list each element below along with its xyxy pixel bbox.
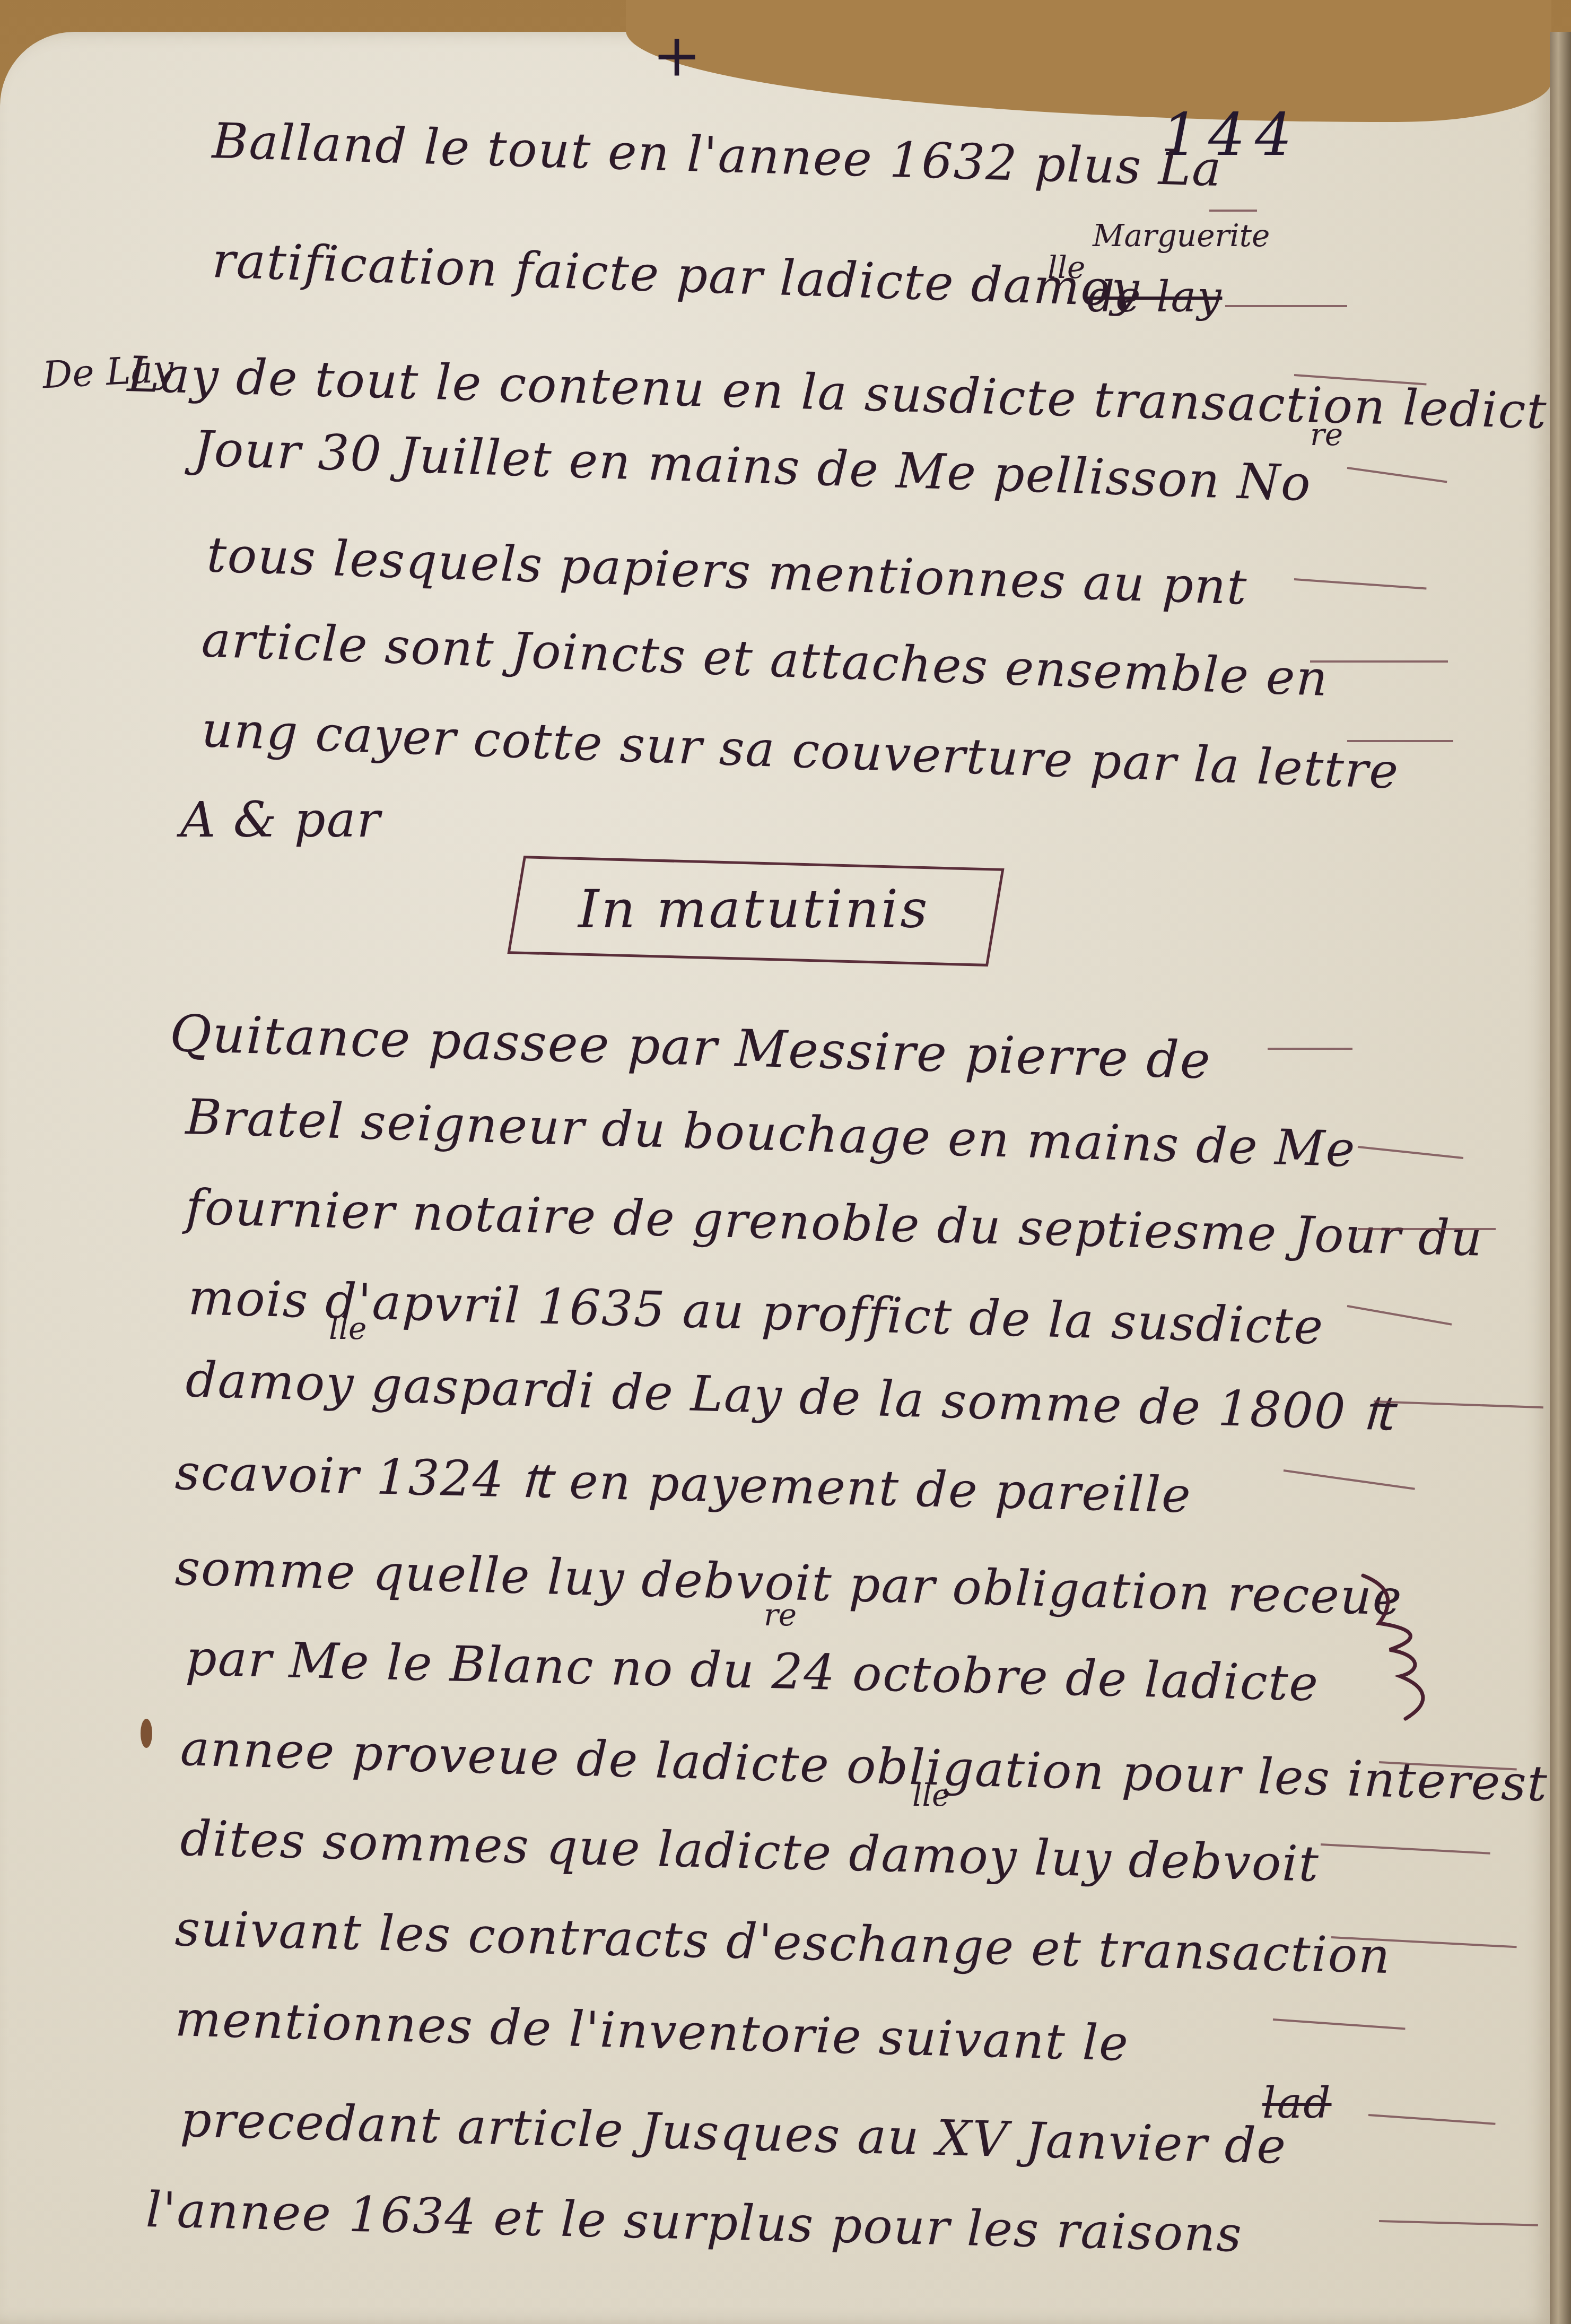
- superscript: re: [764, 1597, 797, 1633]
- section-heading: In matutinis: [578, 878, 930, 940]
- ink-stain: [141, 1719, 152, 1748]
- struck-text: lad: [1262, 2082, 1332, 2125]
- struck-text: de lay: [1087, 276, 1222, 318]
- superscript: lle: [1048, 249, 1085, 285]
- line-filler: [1358, 1228, 1496, 1230]
- superscript: re: [1310, 416, 1343, 452]
- superscript: lle: [912, 1777, 950, 1813]
- line-filler: [1347, 740, 1453, 742]
- line-filler: [1268, 1048, 1352, 1050]
- book-gutter: [1550, 32, 1571, 2324]
- interlinear-insertion: Marguerite: [1093, 217, 1270, 254]
- top-cross-mark: +: [652, 21, 701, 89]
- line-filler: [1225, 305, 1347, 307]
- line-filler: [1209, 210, 1257, 212]
- line-filler: [1310, 660, 1448, 663]
- brace-mark: [1358, 1570, 1448, 1724]
- text-line: A & par: [180, 796, 381, 845]
- superscript: lle: [329, 1310, 366, 1346]
